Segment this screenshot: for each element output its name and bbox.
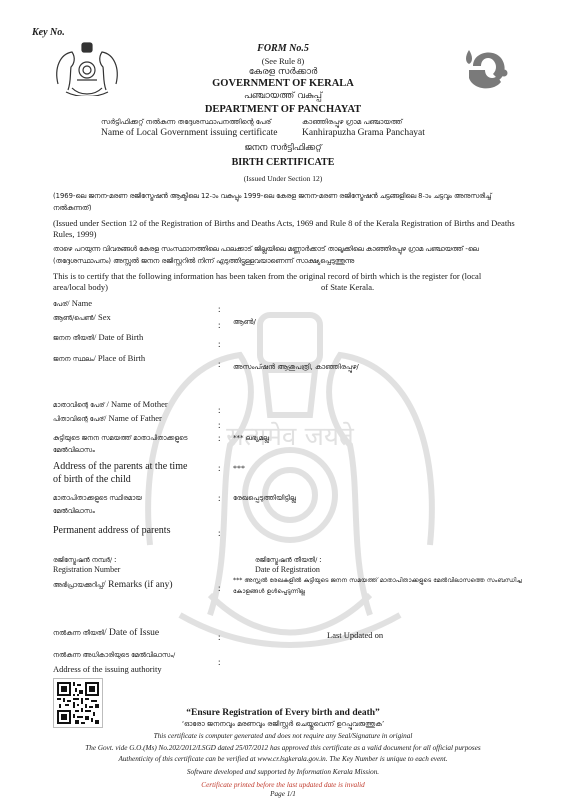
remarks-label: അഭിപ്രായക്കുറിപ്പ്/ Remarks (if any) — [53, 580, 203, 591]
dob-label: ജനന തീയതി/ Date of Birth — [53, 332, 203, 344]
registration-date-label: രജിസ്ട്രേഷൻ തീയതി/ : Date of Registratio… — [255, 555, 322, 575]
registration-number-label: രജിസ്ട്രേഷൻ നമ്പർ/ : Registration Number — [53, 555, 120, 575]
permanent-address-value-ml: രേഖപ്പെടുത്തിയിട്ടില്ല — [233, 494, 296, 503]
father-name-label: പിതാവിന്റെ പേര്/ Name of Father — [53, 413, 203, 425]
ensure-registration-slogan: “Ensure Registration of Every birth and … — [0, 708, 566, 718]
last-updated-label: Last Updated on — [327, 630, 383, 640]
remarks-colon: : — [218, 583, 221, 593]
mother-name-label: മാതാവിന്റെ പേര് / Name of Mother — [53, 399, 203, 411]
permanent-address-en-colon: : — [218, 528, 221, 538]
issued-under: (Issued Under Section 12) — [0, 174, 566, 183]
certify-tail: of State Kerala. — [321, 282, 374, 293]
government-title: GOVERNMENT OF KERALA — [0, 78, 566, 89]
department-title: DEPARTMENT OF PANCHAYAT — [0, 104, 566, 115]
local-gov-label-ml: സർട്ടിഫിക്കറ്റ് നൽകുന്ന തദ്ദേശസ്ഥാപനത്തി… — [101, 118, 271, 127]
certificate-title: BIRTH CERTIFICATE — [0, 157, 566, 168]
local-gov-label: Name of Local Government issuing certifi… — [101, 128, 277, 138]
ensure-registration-slogan-ml: ‘ഓരോ ജനനവും മരണവും രജിസ്റ്റർ ചെയ്തുവെന്ന… — [0, 720, 566, 729]
address-at-birth-label-ml: കുട്ടിയുടെ ജനന സമയത്ത് മാതാപിതാക്കളുടെ മ… — [53, 432, 193, 456]
legal-basis-en: (Issued under Section 12 of the Registra… — [53, 218, 515, 240]
local-gov-value: Kanhirapuzha Grama Panchayat — [302, 128, 425, 138]
footer-invalid-warning: Certificate printed before the last upda… — [0, 781, 566, 789]
footer-authenticity: Authenticity of this certificate can be … — [0, 755, 566, 763]
place-of-birth-value: അസംപ്ഷൻ ആശുപത്രി, കാഞ്ഞിരപ്പുഴ/ — [233, 363, 359, 372]
address-at-birth-en-colon: : — [218, 463, 221, 473]
permanent-address-label-ml: മാതാപിതാക്കളുടെ സ്ഥിരമായ മേൽവിലാസം — [53, 492, 163, 518]
address-at-birth-ml-colon: : — [218, 433, 221, 443]
issuing-authority-colon: : — [218, 657, 221, 667]
government-title-ml: കേരള സർക്കാർ — [0, 67, 566, 77]
department-title-ml: പഞ്ചായത്ത് വകുപ്പ് — [0, 91, 566, 101]
address-at-birth-value-ml: *** ലഭ്യമല്ല — [233, 434, 269, 443]
issuing-authority-label: നൽകുന്ന അധികാരിയുടെ മേൽവിലാസം/ Address o… — [53, 648, 223, 676]
sex-label: ആൺ/പെൺ/ Sex — [53, 312, 203, 324]
address-at-birth-value-en: *** — [233, 464, 245, 473]
form-number: FORM No.5 — [0, 43, 566, 54]
sex-value: ആൺ/ — [233, 318, 256, 327]
certify-statement-en: This is to certify that the following in… — [53, 271, 515, 293]
certify-statement-ml: താഴെ പറയുന്ന വിവരങ്ങൾ കേരള സംസ്ഥാനത്തിലെ… — [53, 243, 515, 267]
certify-text: This is to certify that the following in… — [53, 271, 481, 292]
mother-colon: : — [218, 405, 221, 415]
certificate-title-ml: ജനന സർട്ടിഫിക്കറ്റ് — [0, 143, 566, 153]
key-no-label: Key No. — [32, 27, 65, 38]
legal-basis-ml: (1969-ലെ ജനന-മരണ രജിസ്ട്രേഷൻ ആക്ടിലെ 12-… — [53, 190, 515, 214]
name-label: പേര്/ Name — [53, 298, 203, 310]
footer-software-credit: Software developed and supported by Info… — [0, 768, 566, 776]
permanent-address-label-en: Permanent address of parents — [53, 524, 223, 537]
dob-colon: : — [218, 339, 221, 349]
footer-computer-generated: This certificate is computer generated a… — [0, 732, 566, 740]
date-of-issue-colon: : — [218, 632, 221, 642]
date-of-issue-label: നൽകുന്ന തീയതി/ Date of Issue — [53, 628, 223, 639]
page-number: Page 1/1 — [0, 790, 566, 798]
name-colon: : — [218, 304, 221, 314]
address-at-birth-label-en: Address of the parents at the time of bi… — [53, 460, 188, 486]
place-of-birth-label: ജനന സ്ഥലം/ Place of Birth — [53, 353, 203, 365]
place-of-birth-colon: : — [218, 359, 221, 369]
sex-colon: : — [218, 320, 221, 330]
father-colon: : — [218, 420, 221, 430]
see-rule: (See Rule 8) — [0, 56, 566, 66]
footer-govt-order: The Govt. vide G.O.(Ms) No.202/2012/LSGD… — [0, 744, 566, 752]
remarks-value: *** അസ്സൽ രേഖകളിൽ കുട്ടിയുടെ ജനന സമയത്ത്… — [233, 575, 523, 597]
local-gov-value-ml: കാഞ്ഞിരപ്പുഴ ഗ്രാമ പഞ്ചായത്ത് — [302, 118, 402, 127]
permanent-address-ml-colon: : — [218, 493, 221, 503]
